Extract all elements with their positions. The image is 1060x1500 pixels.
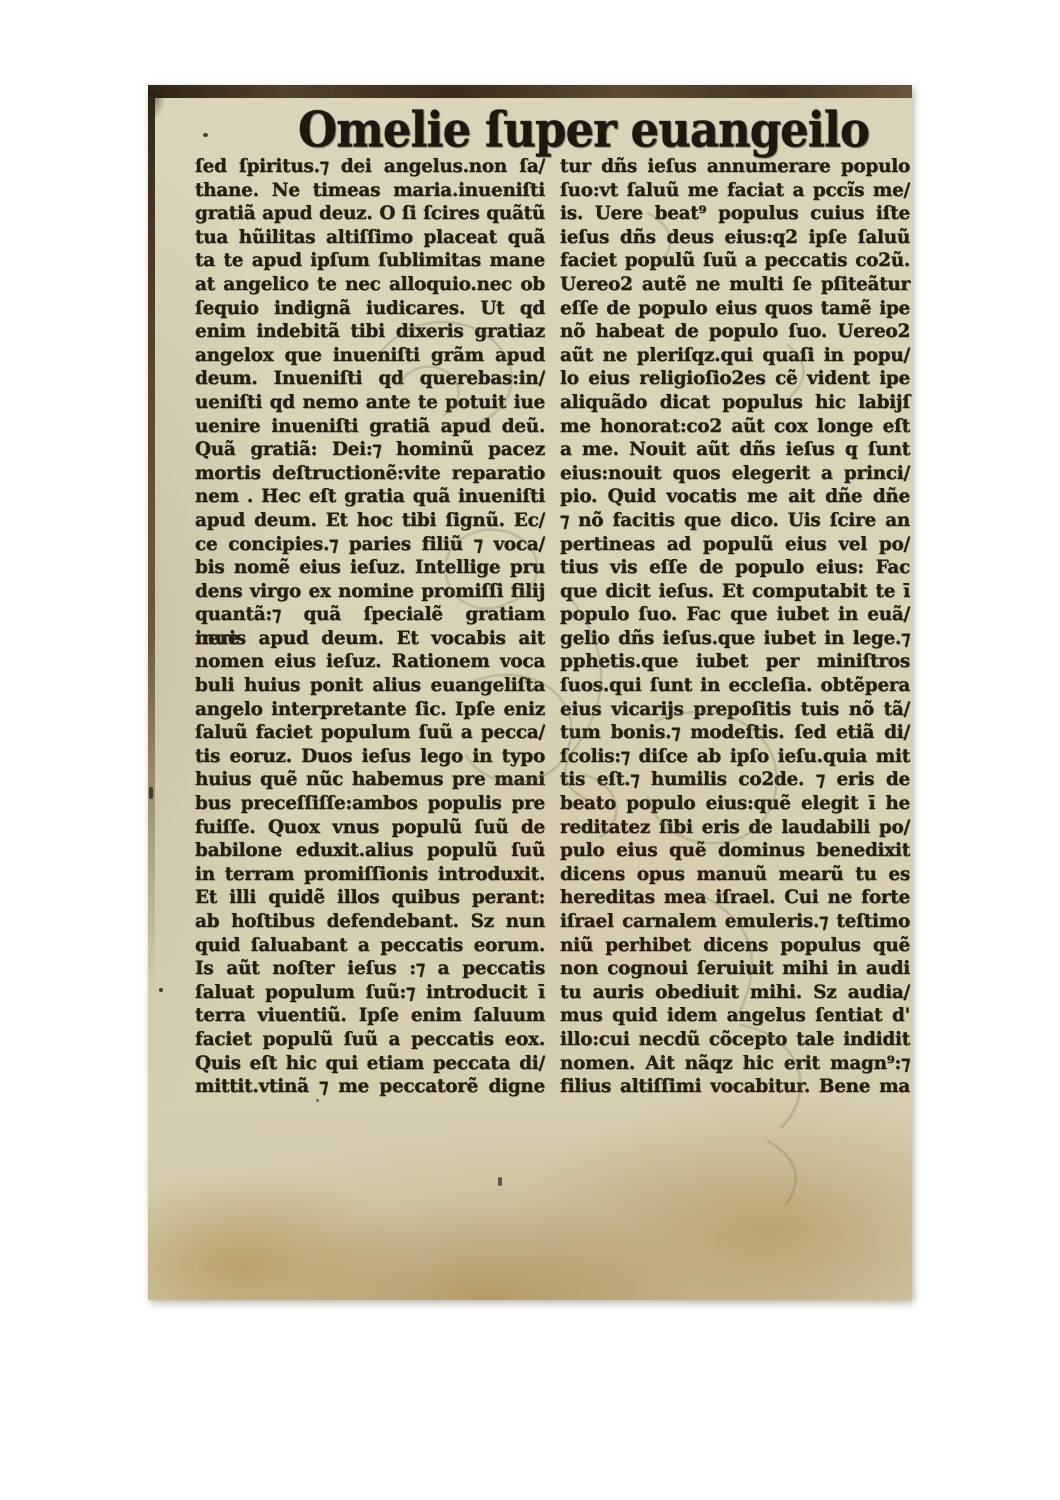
text-line: nem . Hec eſt gratia quã inueniſti [195, 485, 545, 509]
dirt-speck [203, 133, 208, 137]
text-line: faciet populũ ſuũ a peccatis eox. [195, 1028, 545, 1052]
text-line: ſuos.qui ſunt in eccleſia. obtẽpera [560, 674, 910, 698]
page-binding-edge [148, 95, 155, 994]
text-line: ſequio indignã iudicares. Ut qd [195, 297, 545, 321]
text-line: ſaluat populum ſuũ:⁊ introducit ī [195, 981, 545, 1005]
text-line: ce concipies.⁊ paries filiũ ⁊ voca/ [195, 533, 545, 557]
text-line: Quã gratiã: Dei:⁊ hominũ pacez [195, 438, 545, 462]
text-line: enim indebitã tibi dixeris gratiaz [195, 320, 545, 344]
text-line: ſcolis:⁊ diſce ab ipſo ieſu.quia mit [560, 745, 910, 769]
text-line: aũt ne pleriſqz.qui quaſi in popu/ [560, 344, 910, 368]
text-line: eſſe de populo eius quos tamẽ ipe [560, 297, 910, 321]
text-line: apud deum. Et hoc tibi ſignũ. Ec/ [195, 509, 545, 533]
text-line: Uereo2 autẽ ne multi ſe pſiteãtur [560, 273, 910, 297]
text-line: hereditas mea iſrael. Cui ne forte [560, 886, 910, 910]
book-scan: Omelie ſuper euangeilo ſed ſpiritus.⁊ de… [0, 0, 1060, 1500]
text-line: Is aũt noſter ieſus :⁊ a peccatis [195, 957, 545, 981]
text-line: filius altiſſimi vocabitur. Bene ma [560, 1075, 910, 1099]
text-line: at angelico te nec alloquio.nec ob [195, 273, 545, 297]
text-line: terra viuentiũ. Ipſe enim ſaluum [195, 1004, 545, 1028]
text-line: quid ſaluabant a peccatis eorum. [195, 934, 545, 958]
text-line: ueniſti qd nemo ante te potuit iue [195, 391, 545, 415]
text-line: in terram promiſſionis introduxit. [195, 863, 545, 887]
text-line: gratiã apud deuz. O ſi ſcires quãtũ [195, 202, 545, 226]
text-line: nõ habeat de populo ſuo. Uereo2 [560, 320, 910, 344]
text-line: is. Uere beat⁹ populus cuius iſte [560, 202, 910, 226]
text-line: uenire inueniſti gratiã apud deũ. [195, 415, 545, 439]
text-line: dicens opus manuũ mearũ tu es [560, 863, 910, 887]
text-line: huius quẽ nũc habemus pre mani [195, 768, 545, 792]
text-line: pulo eius quẽ dominus benedixit [560, 839, 910, 863]
text-line: ſed ſpiritus.⁊ dei angelus.non ſa/ [195, 155, 545, 179]
text-line: babilone eduxit.alius populũ ſuũ [195, 839, 545, 863]
text-line: fuiſſe. Quox vnus populũ ſuũ de [195, 816, 545, 840]
text-line: tur dñs ieſus annumerare populo [560, 155, 910, 179]
text-line: eius vicarijs prepoſitis tuis nõ tã/ [560, 698, 910, 722]
text-line: nomen eius ieſuz. Rationem voca [195, 650, 545, 674]
dirt-speck [149, 787, 153, 799]
corner-smudge [148, 93, 166, 123]
text-line: eius:nouit quos elegerit a princi/ [560, 462, 910, 486]
text-line: populo ſuo. Fac que iubet in euã/ [560, 603, 910, 627]
text-line: nomen. Ait nãqz hic erit magn⁹:⁊ [560, 1052, 910, 1076]
text-line: ieſus dñs deus eius:q2 ipſe ſaluũ [560, 226, 910, 250]
text-line: pio. Quid vocatis me ait dñe dñe [560, 485, 910, 509]
text-line: beato populo eius:quẽ elegit ī he [560, 792, 910, 816]
text-line: non cognoui ſeruiuit mihi in audi [560, 957, 910, 981]
text-line: tius vis eſſe de populo eius: Fac [560, 556, 910, 580]
text-line: deum. Inueniſti qd querebas:in/ [195, 367, 545, 391]
text-line: aliquãdo dicat populus hic labijſ [560, 391, 910, 415]
dirt-speck [498, 1177, 502, 1186]
text-block: ſed ſpiritus.⁊ dei angelus.non ſa/thane.… [195, 155, 910, 1099]
text-line: angelo interpretante ſic. Ipſe eniz [195, 698, 545, 722]
text-line: tis eſt.⁊ humilis co2de. ⁊ eris de [560, 768, 910, 792]
text-line: mittit.vtinã ⁊ me peccatorẽ digne [195, 1075, 545, 1099]
text-line: ſuo:vt ſaluũ me faciat a pccĩs me/ [560, 179, 910, 203]
text-line: gelio dñs ieſus.que iubet in lege.⁊ [560, 627, 910, 651]
text-line: Quis eſt hic qui etiam peccata di/ [195, 1052, 545, 1076]
text-line: buli huius ponit alius euangeliſta [195, 674, 545, 698]
text-line: ſaluũ faciet populum ſuũ a pecca/ [195, 721, 545, 745]
text-line: dens virgo ex nomine promiſſi filij [195, 580, 545, 604]
text-line: illo:cui necdũ cõcepto tale indidit [560, 1028, 910, 1052]
text-line: lo eius religioſio2es cẽ vident ipe [560, 367, 910, 391]
dirt-speck [159, 988, 163, 992]
text-line: mortis deſtructionẽ:vite reparatio [195, 462, 545, 486]
page-leaf: Omelie ſuper euangeilo ſed ſpiritus.⁊ de… [148, 85, 912, 1300]
text-line: angelox que inueniſti grãm apud [195, 344, 545, 368]
page-top-edge [148, 85, 912, 98]
text-line: reditatez ſibi eris de laudabili po/ [560, 816, 910, 840]
text-line: faciet populũ ſuũ a peccatis co2ũ. [560, 249, 910, 273]
text-line: bus preceſſiſſe:ambos populis pre [195, 792, 545, 816]
text-line: tis eoruz. Duos ieſus lego in typo [195, 745, 545, 769]
text-line: que dicit ieſus. Et computabit te ī [560, 580, 910, 604]
page-title: Omelie ſuper euangeilo [298, 101, 803, 158]
text-line: tum bonis.⁊ modeſtis. ſed etiã di/ [560, 721, 910, 745]
text-line: thane. Ne timeas maria.inueniſti [195, 179, 545, 203]
text-line: pphetis.que iubet per miniſtros [560, 650, 910, 674]
text-line: ab hoſtibus defendebant. Sz nun [195, 910, 545, 934]
text-line: mus quid idem angelus ſentiat d' [560, 1004, 910, 1028]
text-line: bis nomẽ eius ieſuz. Intellige pru [195, 556, 545, 580]
text-line: me honorat:co2 aũt cox longe eſt [560, 415, 910, 439]
text-line: niũ perhibet dicens populus quẽ [560, 934, 910, 958]
text-line: ta te apud ipſum ſublimitas mane [195, 249, 545, 273]
text-column-right: tur dñs ieſus annumerare populoſuo:vt ſa… [560, 155, 910, 1099]
text-line: Et illi quidẽ illos quibus perant: [195, 886, 545, 910]
text-line: neris apud deum. Et vocabis ait [195, 627, 545, 651]
text-line: iſrael carnalem emuleris.⁊ teſtimo [560, 910, 910, 934]
text-line: a me. Nouit aũt dñs ieſus q ſunt [560, 438, 910, 462]
text-line: quantã:⁊ quã ſpecialẽ gratiam inue [195, 603, 545, 627]
text-line: tu auris obediuit mihi. Sz audia/ [560, 981, 910, 1005]
text-line: ⁊ nõ facitis que dico. Uis ſcire an [560, 509, 910, 533]
text-line: tua hũilitas altiſſimo placeat quã [195, 226, 545, 250]
dirt-speck [316, 1099, 319, 1102]
text-column-left: ſed ſpiritus.⁊ dei angelus.non ſa/thane.… [195, 155, 545, 1099]
text-line: pertineas ad populũ eius vel po/ [560, 533, 910, 557]
